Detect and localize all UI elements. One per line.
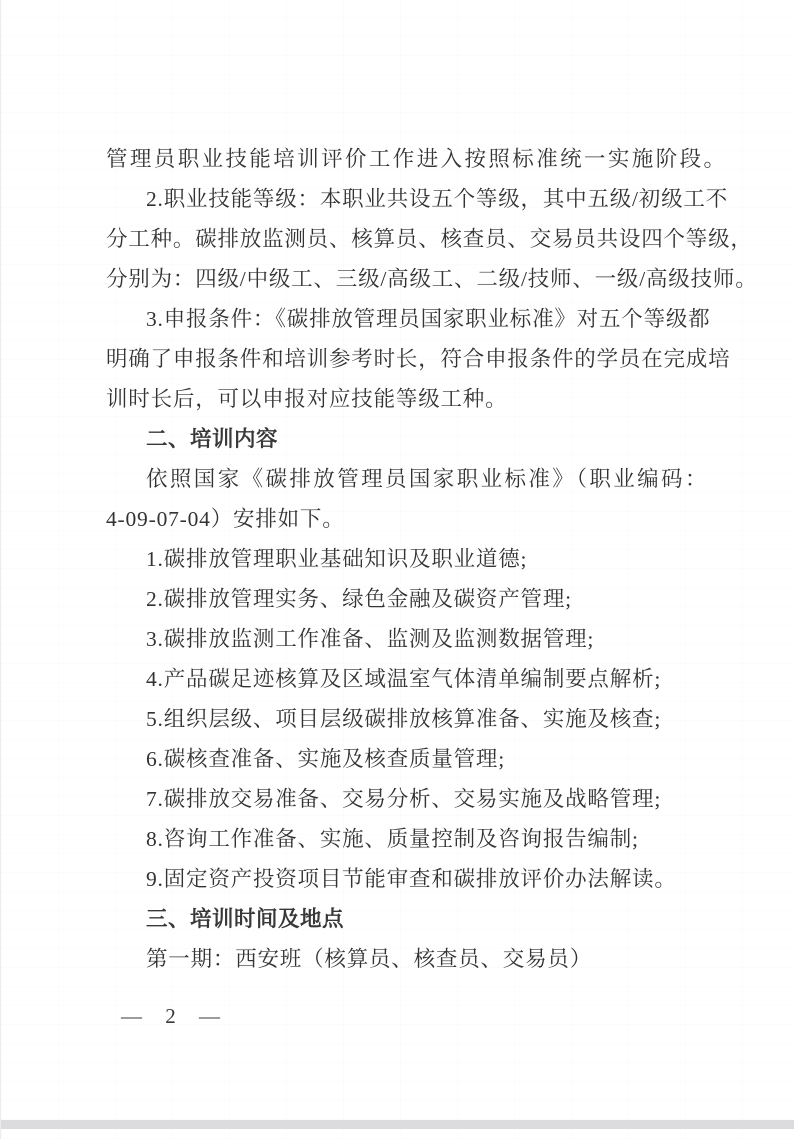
section-heading: 二、培训内容 — [106, 419, 724, 459]
document-line: 3.申报条件：《碳排放管理员国家职业标准》对五个等级都 — [106, 299, 724, 339]
list-item: 2.碳排放管理实务、绿色金融及碳资产管理; — [106, 579, 724, 619]
list-item: 5.组织层级、项目层级碳排放核算准备、实施及核查; — [106, 699, 724, 739]
list-item: 6.碳核查准备、实施及核查质量管理; — [106, 739, 724, 779]
scan-artifact-bar — [1, 1120, 794, 1129]
section-heading: 三、培训时间及地点 — [106, 899, 724, 939]
list-item: 3.碳排放监测工作准备、监测及监测数据管理; — [106, 619, 724, 659]
page-number: — 2 — — [121, 1000, 226, 1032]
document-line: 4-09-07-04）安排如下。 — [106, 499, 724, 539]
document-line: 训时长后，可以申报对应技能等级工种。 — [106, 379, 724, 419]
document-line: 2.职业技能等级：本职业共设五个等级，其中五级/初级工不 — [106, 179, 724, 219]
scanned-document-page: 管理员职业技能培训评价工作进入按照标准统一实施阶段。 2.职业技能等级：本职业共… — [0, 0, 794, 1139]
document-line: 依照国家《碳排放管理员国家职业标准》（职业编码： — [106, 459, 724, 499]
list-item: 4.产品碳足迹核算及区域温室气体清单编制要点解析; — [106, 659, 724, 699]
list-item: 9.固定资产投资项目节能审查和碳排放评价办法解读。 — [106, 859, 724, 899]
list-item: 7.碳排放交易准备、交易分析、交易实施及战略管理; — [106, 779, 724, 819]
document-body: 管理员职业技能培训评价工作进入按照标准统一实施阶段。 2.职业技能等级：本职业共… — [106, 139, 724, 979]
document-line: 明确了申报条件和培训参考时长，符合申报条件的学员在完成培 — [106, 339, 724, 379]
document-line: 管理员职业技能培训评价工作进入按照标准统一实施阶段。 — [106, 139, 724, 179]
document-line: 分工种。碳排放监测员、核算员、核查员、交易员共设四个等级， — [106, 219, 724, 259]
document-line: 分别为：四级/中级工、三级/高级工、二级/技师、一级/高级技师。 — [106, 259, 724, 299]
list-item: 1.碳排放管理职业基础知识及职业道德; — [106, 539, 724, 579]
list-item: 8.咨询工作准备、实施、质量控制及咨询报告编制; — [106, 819, 724, 859]
document-line: 第一期：西安班（核算员、核查员、交易员） — [106, 939, 724, 979]
